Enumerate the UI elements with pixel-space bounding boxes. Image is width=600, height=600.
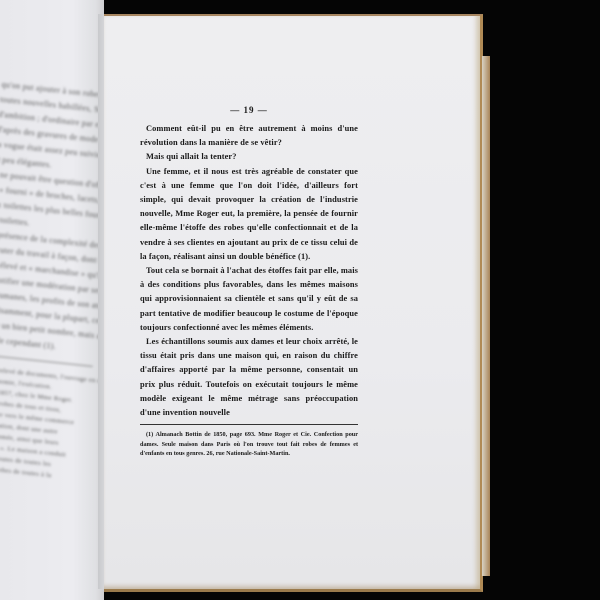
paragraph-3: Une femme, et il nous est très agréable …: [140, 165, 358, 264]
photo-scene: — 18 — qu'on put ajouter à son robes la …: [0, 0, 600, 600]
paragraph-5: Les échantillons soumis aux dames et leu…: [140, 335, 358, 420]
footnote-rule: [140, 424, 358, 425]
page-edge-deckle: [482, 56, 490, 576]
right-page-text: — 19 — Comment eût-il pu en être autreme…: [140, 105, 358, 458]
paragraph-2: Mais qui allait la tenter?: [140, 150, 358, 164]
paragraph-1: Comment eût-il pu en être autrement à mo…: [140, 122, 358, 150]
paragraph-4: Tout cela se bornait à l'achat des étoff…: [140, 264, 358, 335]
footnote: (1) Almanach Bottin de 1850, page 693. M…: [140, 430, 358, 458]
right-page: — 19 — Comment eût-il pu en être autreme…: [104, 14, 483, 592]
page-number: — 19 —: [140, 105, 358, 115]
left-page: — 18 — qu'on put ajouter à son robes la …: [0, 0, 104, 600]
left-page-text: — 18 — qu'on put ajouter à son robes la …: [0, 62, 104, 499]
